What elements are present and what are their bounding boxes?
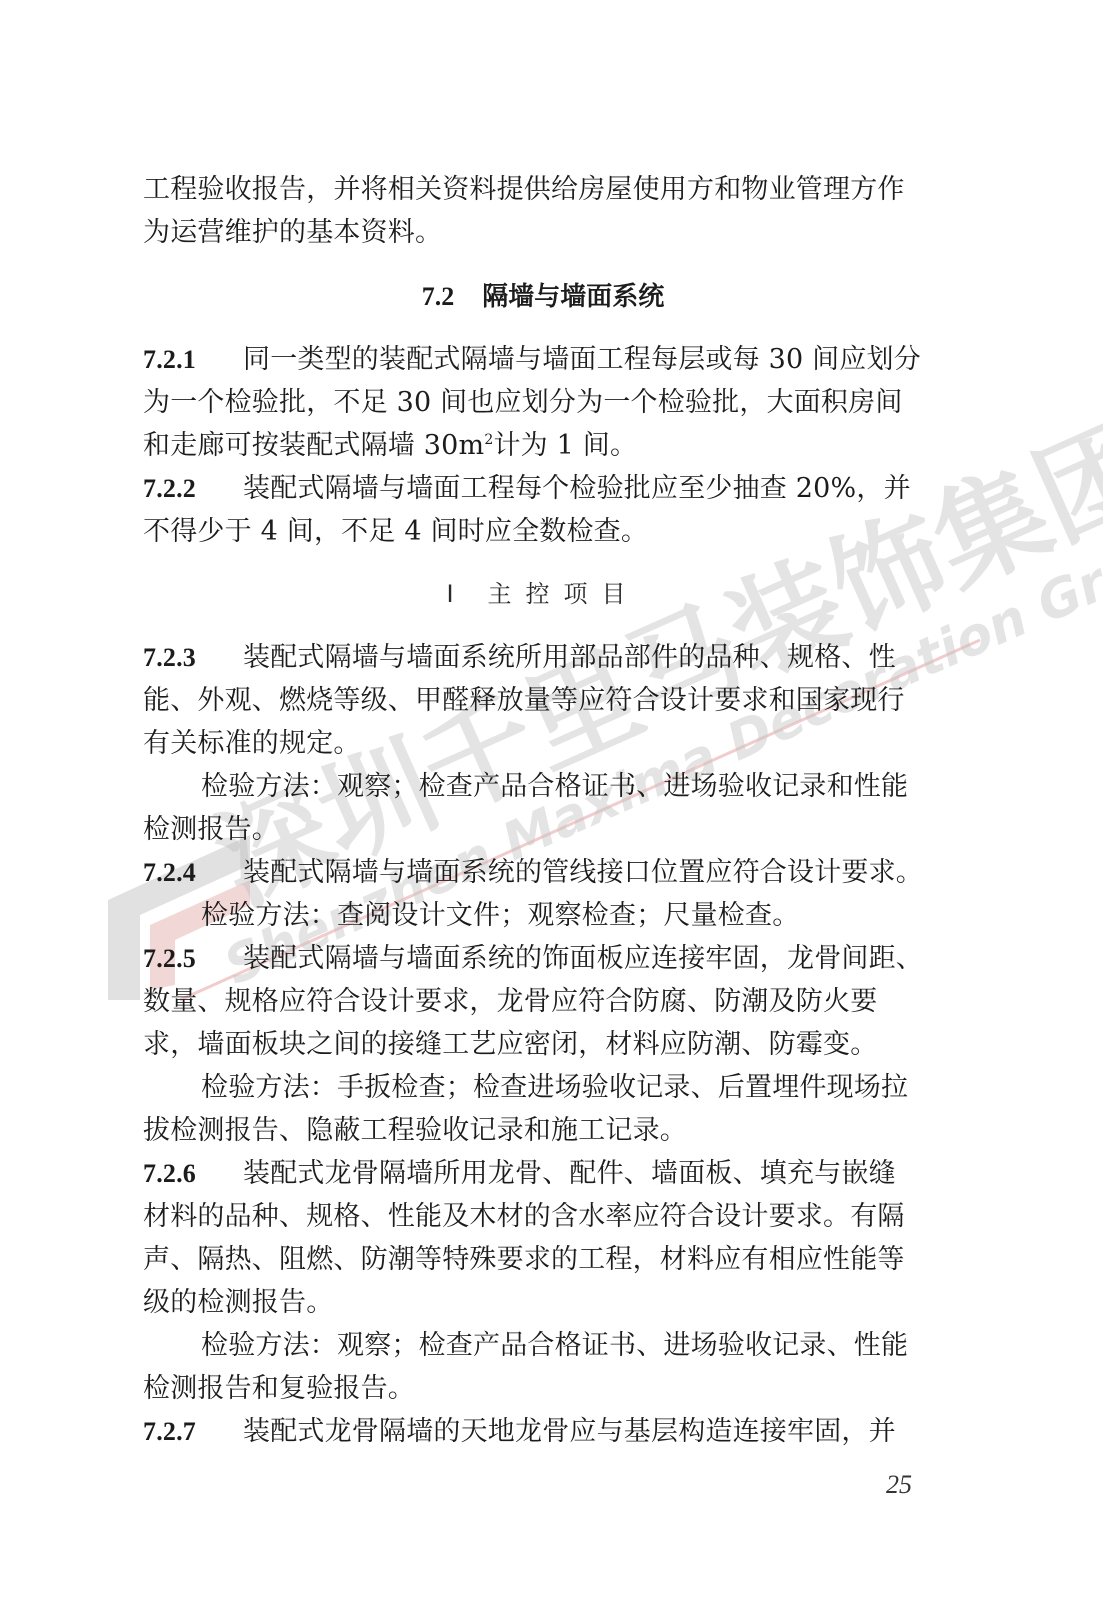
clause-number: 7.2.1: [143, 338, 243, 381]
clause-text-line: 有关标准的规定。: [143, 722, 943, 765]
clause-text-line: 和走廊可按装配式隔墙 30m2计为 1 间。: [143, 424, 943, 467]
document-body: 工程验收报告，并将相关资料提供给房屋使用方和物业管理方作 为运营维护的基本资料。…: [143, 168, 943, 1453]
clause-text: 装配式隔墙与墙面系统的饰面板应连接牢固，龙骨间距、: [243, 943, 923, 974]
inspection-method: 检验方法：观察；检查产品合格证书、进场验收记录、性能: [143, 1324, 943, 1367]
subsection-heading: Ⅰ主控项目: [143, 573, 943, 616]
clause-text-line: 为一个检验批，不足 30 间也应划分为一个检验批，大面积房间: [143, 381, 943, 424]
inspection-method-line: 检测报告和复验报告。: [143, 1367, 943, 1410]
clause-7-2-1: 7.2.1同一类型的装配式隔墙与墙面工程每层或每 30 间应划分: [143, 338, 943, 381]
clause-number: 7.2.5: [143, 937, 243, 980]
clause-7-2-2: 7.2.2装配式隔墙与墙面工程每个检验批应至少抽查 20%，并: [143, 467, 943, 510]
paragraph-line: 工程验收报告，并将相关资料提供给房屋使用方和物业管理方作: [143, 168, 943, 211]
clause-7-2-7: 7.2.7装配式龙骨隔墙的天地龙骨应与基层构造连接牢固，并: [143, 1410, 943, 1453]
clause-number: 7.2.3: [143, 636, 243, 679]
clause-text-line: 材料的品种、规格、性能及木材的含水率应符合设计要求。有隔: [143, 1195, 943, 1238]
section-heading: 7.2隔墙与墙面系统: [143, 275, 943, 318]
paragraph-line: 为运营维护的基本资料。: [143, 211, 943, 254]
section-title: 隔墙与墙面系统: [482, 282, 664, 312]
clause-text: 装配式隔墙与墙面系统所用部品部件的品种、规格、性: [243, 642, 896, 673]
clause-text: 装配式龙骨隔墙所用龙骨、配件、墙面板、填充与嵌缝: [243, 1158, 896, 1189]
clause-text-line: 不得少于 4 间，不足 4 间时应全数检查。: [143, 510, 943, 553]
clause-7-2-5: 7.2.5装配式隔墙与墙面系统的饰面板应连接牢固，龙骨间距、: [143, 937, 943, 980]
section-number: 7.2: [422, 282, 455, 311]
document-page: 深圳千里马装饰集团 Shenzhen Maxima Decoration Gro…: [0, 0, 1103, 1597]
inspection-method-line: 检测报告。: [143, 808, 943, 851]
clause-number: 7.2.2: [143, 467, 243, 510]
clause-7-2-4: 7.2.4装配式隔墙与墙面系统的管线接口位置应符合设计要求。: [143, 851, 943, 894]
clause-text-line: 级的检测报告。: [143, 1281, 943, 1324]
clause-number: 7.2.6: [143, 1152, 243, 1195]
subsection-numeral: Ⅰ: [446, 580, 467, 608]
page-number: 25: [886, 1470, 912, 1500]
clause-text-line: 声、隔热、阻燃、防潮等特殊要求的工程，材料应有相应性能等: [143, 1238, 943, 1281]
clause-7-2-3: 7.2.3装配式隔墙与墙面系统所用部品部件的品种、规格、性: [143, 636, 943, 679]
inspection-method-line: 拔检测报告、隐蔽工程验收记录和施工记录。: [143, 1109, 943, 1152]
clause-text-line: 求，墙面板块之间的接缝工艺应密闭，材料应防潮、防霉变。: [143, 1023, 943, 1066]
clause-text-line: 数量、规格应符合设计要求，龙骨应符合防腐、防潮及防火要: [143, 980, 943, 1023]
inspection-method: 检验方法：观察；检查产品合格证书、进场验收记录和性能: [143, 765, 943, 808]
clause-text: 装配式隔墙与墙面系统的管线接口位置应符合设计要求。: [243, 857, 923, 888]
clause-text: 装配式隔墙与墙面工程每个检验批应至少抽查 20%，并: [243, 473, 911, 504]
clause-7-2-6: 7.2.6装配式龙骨隔墙所用龙骨、配件、墙面板、填充与嵌缝: [143, 1152, 943, 1195]
subsection-title: 主控项目: [488, 580, 640, 608]
clause-text-line: 能、外观、燃烧等级、甲醛释放量等应符合设计要求和国家现行: [143, 679, 943, 722]
clause-number: 7.2.4: [143, 851, 243, 894]
inspection-method: 检验方法：手扳检查；检查进场验收记录、后置埋件现场拉: [143, 1066, 943, 1109]
inspection-method: 检验方法：查阅设计文件；观察检查；尺量检查。: [143, 894, 943, 937]
clause-number: 7.2.7: [143, 1410, 243, 1453]
clause-text: 装配式龙骨隔墙的天地龙骨应与基层构造连接牢固，并: [243, 1416, 896, 1447]
clause-text: 同一类型的装配式隔墙与墙面工程每层或每 30 间应划分: [243, 344, 921, 375]
